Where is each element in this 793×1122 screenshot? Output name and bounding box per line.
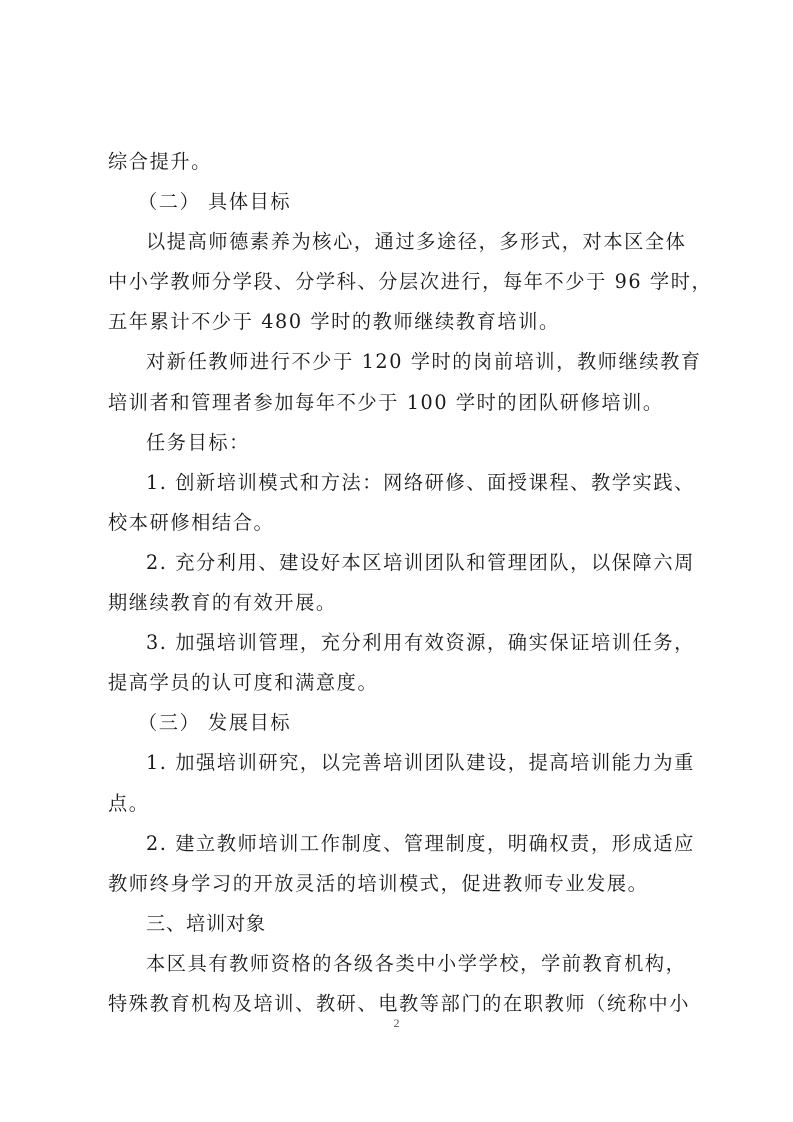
list-item-continuation: 点。 xyxy=(108,784,692,824)
subheading-specific-goals: （二） 具体目标 xyxy=(108,182,692,222)
paragraph-line: 以提高师德素养为核心，通过多途径，多形式，对本区全体 xyxy=(108,222,692,262)
list-item-continuation: 校本研修相结合。 xyxy=(108,503,692,543)
paragraph-line: 培训者和管理者参加每年不少于 100 学时的团队研修培训。 xyxy=(108,383,692,423)
list-item: 2. 充分利用、建设好本区培训团队和管理团队，以保障六周 xyxy=(108,543,692,583)
list-item: 2. 建立教师培训工作制度、管理制度，明确权责，形成适应 xyxy=(108,824,692,864)
list-item-continuation: 教师终身学习的开放灵活的培训模式，促进教师专业发展。 xyxy=(108,864,692,904)
list-item: 1. 加强培训研究，以完善培训团队建设，提高培训能力为重 xyxy=(108,743,692,783)
document-body: 综合提升。 （二） 具体目标 以提高师德素养为核心，通过多途径，多形式，对本区全… xyxy=(108,142,692,1024)
paragraph-line: 中小学教师分学段、分学科、分层次进行，每年不少于 96 学时， xyxy=(108,262,692,302)
list-item: 3. 加强培训管理，充分利用有效资源，确实保证培训任务， xyxy=(108,623,692,663)
list-item-continuation: 期继续教育的有效开展。 xyxy=(108,583,692,623)
paragraph-line: 五年累计不少于 480 学时的教师继续教育培训。 xyxy=(108,302,692,342)
paragraph-continuation: 综合提升。 xyxy=(108,142,692,182)
list-item-continuation: 提高学员的认可度和满意度。 xyxy=(108,663,692,703)
paragraph-line: 本区具有教师资格的各级各类中小学学校，学前教育机构， xyxy=(108,944,692,984)
list-item: 1. 创新培训模式和方法：网络研修、面授课程、教学实践、 xyxy=(108,463,692,503)
subheading-development-goals: （三） 发展目标 xyxy=(108,703,692,743)
page-number: 2 xyxy=(0,1016,793,1031)
paragraph-line: 对新任教师进行不少于 120 学时的岗前培训，教师继续教育 xyxy=(108,342,692,382)
task-goals-label: 任务目标： xyxy=(108,423,692,463)
section-heading-training-targets: 三、培训对象 xyxy=(108,904,692,944)
